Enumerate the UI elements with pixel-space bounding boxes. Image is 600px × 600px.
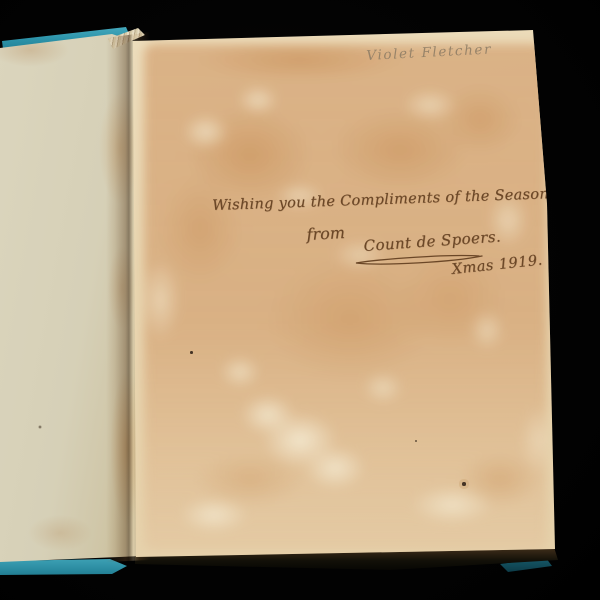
foxing-stains — [144, 44, 547, 551]
ink-speck — [462, 482, 466, 486]
ink-speck — [415, 440, 417, 442]
ink-speck — [190, 351, 193, 354]
inscription-from-word: from — [306, 223, 345, 244]
flyleaf-page: Violet Fletcher Wishing you the Complime… — [128, 24, 560, 564]
book-photograph: Violet Fletcher Wishing you the Complime… — [0, 0, 600, 600]
